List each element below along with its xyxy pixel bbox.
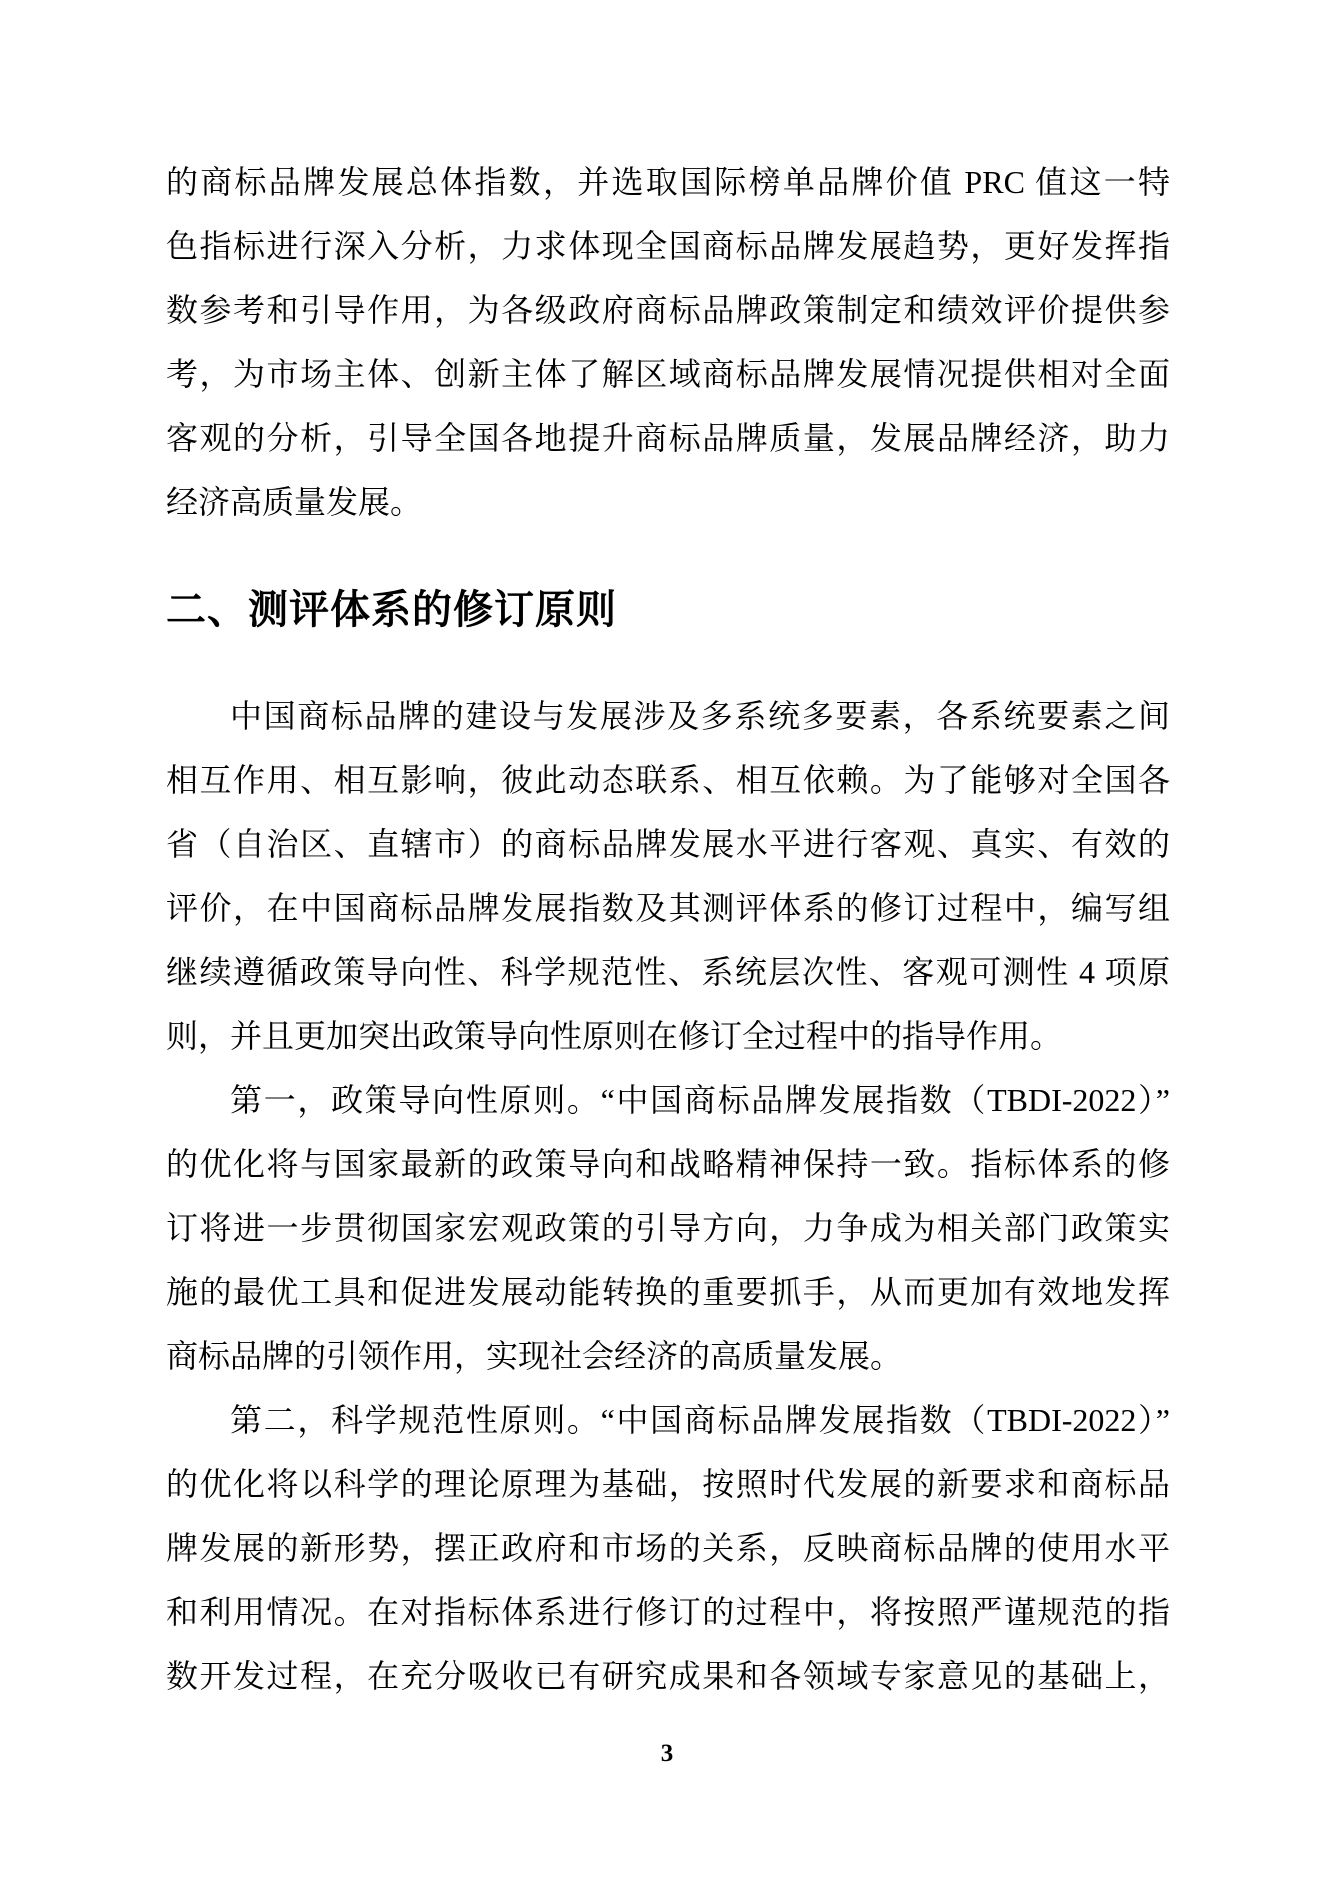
text-line: 的优化将与国家最新的政策导向和战略精神保持一致。指标体系的修	[166, 1132, 1170, 1196]
page-footer: 3	[0, 1740, 1334, 1768]
document-body: 的商标品牌发展总体指数，并选取国际榜单品牌价值 PRC 值这一特色指标进行深入分…	[166, 150, 1170, 1708]
paragraph-revision-principles: 中国商标品牌的建设与发展涉及多系统多要素，各系统要素之间相互作用、相互影响，彼此…	[166, 684, 1170, 1068]
text-line: 继续遵循政策导向性、科学规范性、系统层次性、客观可测性 4 项原	[166, 940, 1170, 1004]
text-line: 数参考和引导作用，为各级政府商标品牌政策制定和绩效评价提供参	[166, 278, 1170, 342]
text-line: 订将进一步贯彻国家宏观政策的引导方向，力争成为相关部门政策实	[166, 1196, 1170, 1260]
text-line: 中国商标品牌的建设与发展涉及多系统多要素，各系统要素之间	[166, 684, 1170, 748]
document-page: 的商标品牌发展总体指数，并选取国际榜单品牌价值 PRC 值这一特色指标进行深入分…	[0, 0, 1334, 1887]
text-line: 经济高质量发展。	[166, 470, 1170, 534]
text-line: 的优化将以科学的理论原理为基础，按照时代发展的新要求和商标品	[166, 1452, 1170, 1516]
text-line: 第一，政策导向性原则。“中国商标品牌发展指数（TBDI-2022）”	[166, 1068, 1170, 1132]
section-heading: 二、测评体系的修订原则	[166, 584, 1170, 636]
text-line: 数开发过程，在充分吸收已有研究成果和各领域专家意见的基础上，	[166, 1644, 1170, 1708]
text-line: 色指标进行深入分析，力求体现全国商标品牌发展趋势，更好发挥指	[166, 214, 1170, 278]
paragraph-intro-continuation: 的商标品牌发展总体指数，并选取国际榜单品牌价值 PRC 值这一特色指标进行深入分…	[166, 150, 1170, 534]
paragraph-principle-two: 第二，科学规范性原则。“中国商标品牌发展指数（TBDI-2022）”的优化将以科…	[166, 1388, 1170, 1708]
text-line: 评价，在中国商标品牌发展指数及其测评体系的修订过程中，编写组	[166, 876, 1170, 940]
text-line: 则，并且更加突出政策导向性原则在修订全过程中的指导作用。	[166, 1004, 1170, 1068]
text-line: 牌发展的新形势，摆正政府和市场的关系，反映商标品牌的使用水平	[166, 1516, 1170, 1580]
paragraph-principle-one: 第一，政策导向性原则。“中国商标品牌发展指数（TBDI-2022）”的优化将与国…	[166, 1068, 1170, 1388]
text-line: 施的最优工具和促进发展动能转换的重要抓手，从而更加有效地发挥	[166, 1260, 1170, 1324]
text-line: 客观的分析，引导全国各地提升商标品牌质量，发展品牌经济，助力	[166, 406, 1170, 470]
text-line: 省（自治区、直辖市）的商标品牌发展水平进行客观、真实、有效的	[166, 812, 1170, 876]
text-line: 第二，科学规范性原则。“中国商标品牌发展指数（TBDI-2022）”	[166, 1388, 1170, 1452]
text-line: 考，为市场主体、创新主体了解区域商标品牌发展情况提供相对全面	[166, 342, 1170, 406]
text-line: 的商标品牌发展总体指数，并选取国际榜单品牌价值 PRC 值这一特	[166, 150, 1170, 214]
text-line: 商标品牌的引领作用，实现社会经济的高质量发展。	[166, 1324, 1170, 1388]
text-line: 和利用情况。在对指标体系进行修订的过程中，将按照严谨规范的指	[166, 1580, 1170, 1644]
text-line: 相互作用、相互影响，彼此动态联系、相互依赖。为了能够对全国各	[166, 748, 1170, 812]
page-number: 3	[661, 1740, 674, 1767]
